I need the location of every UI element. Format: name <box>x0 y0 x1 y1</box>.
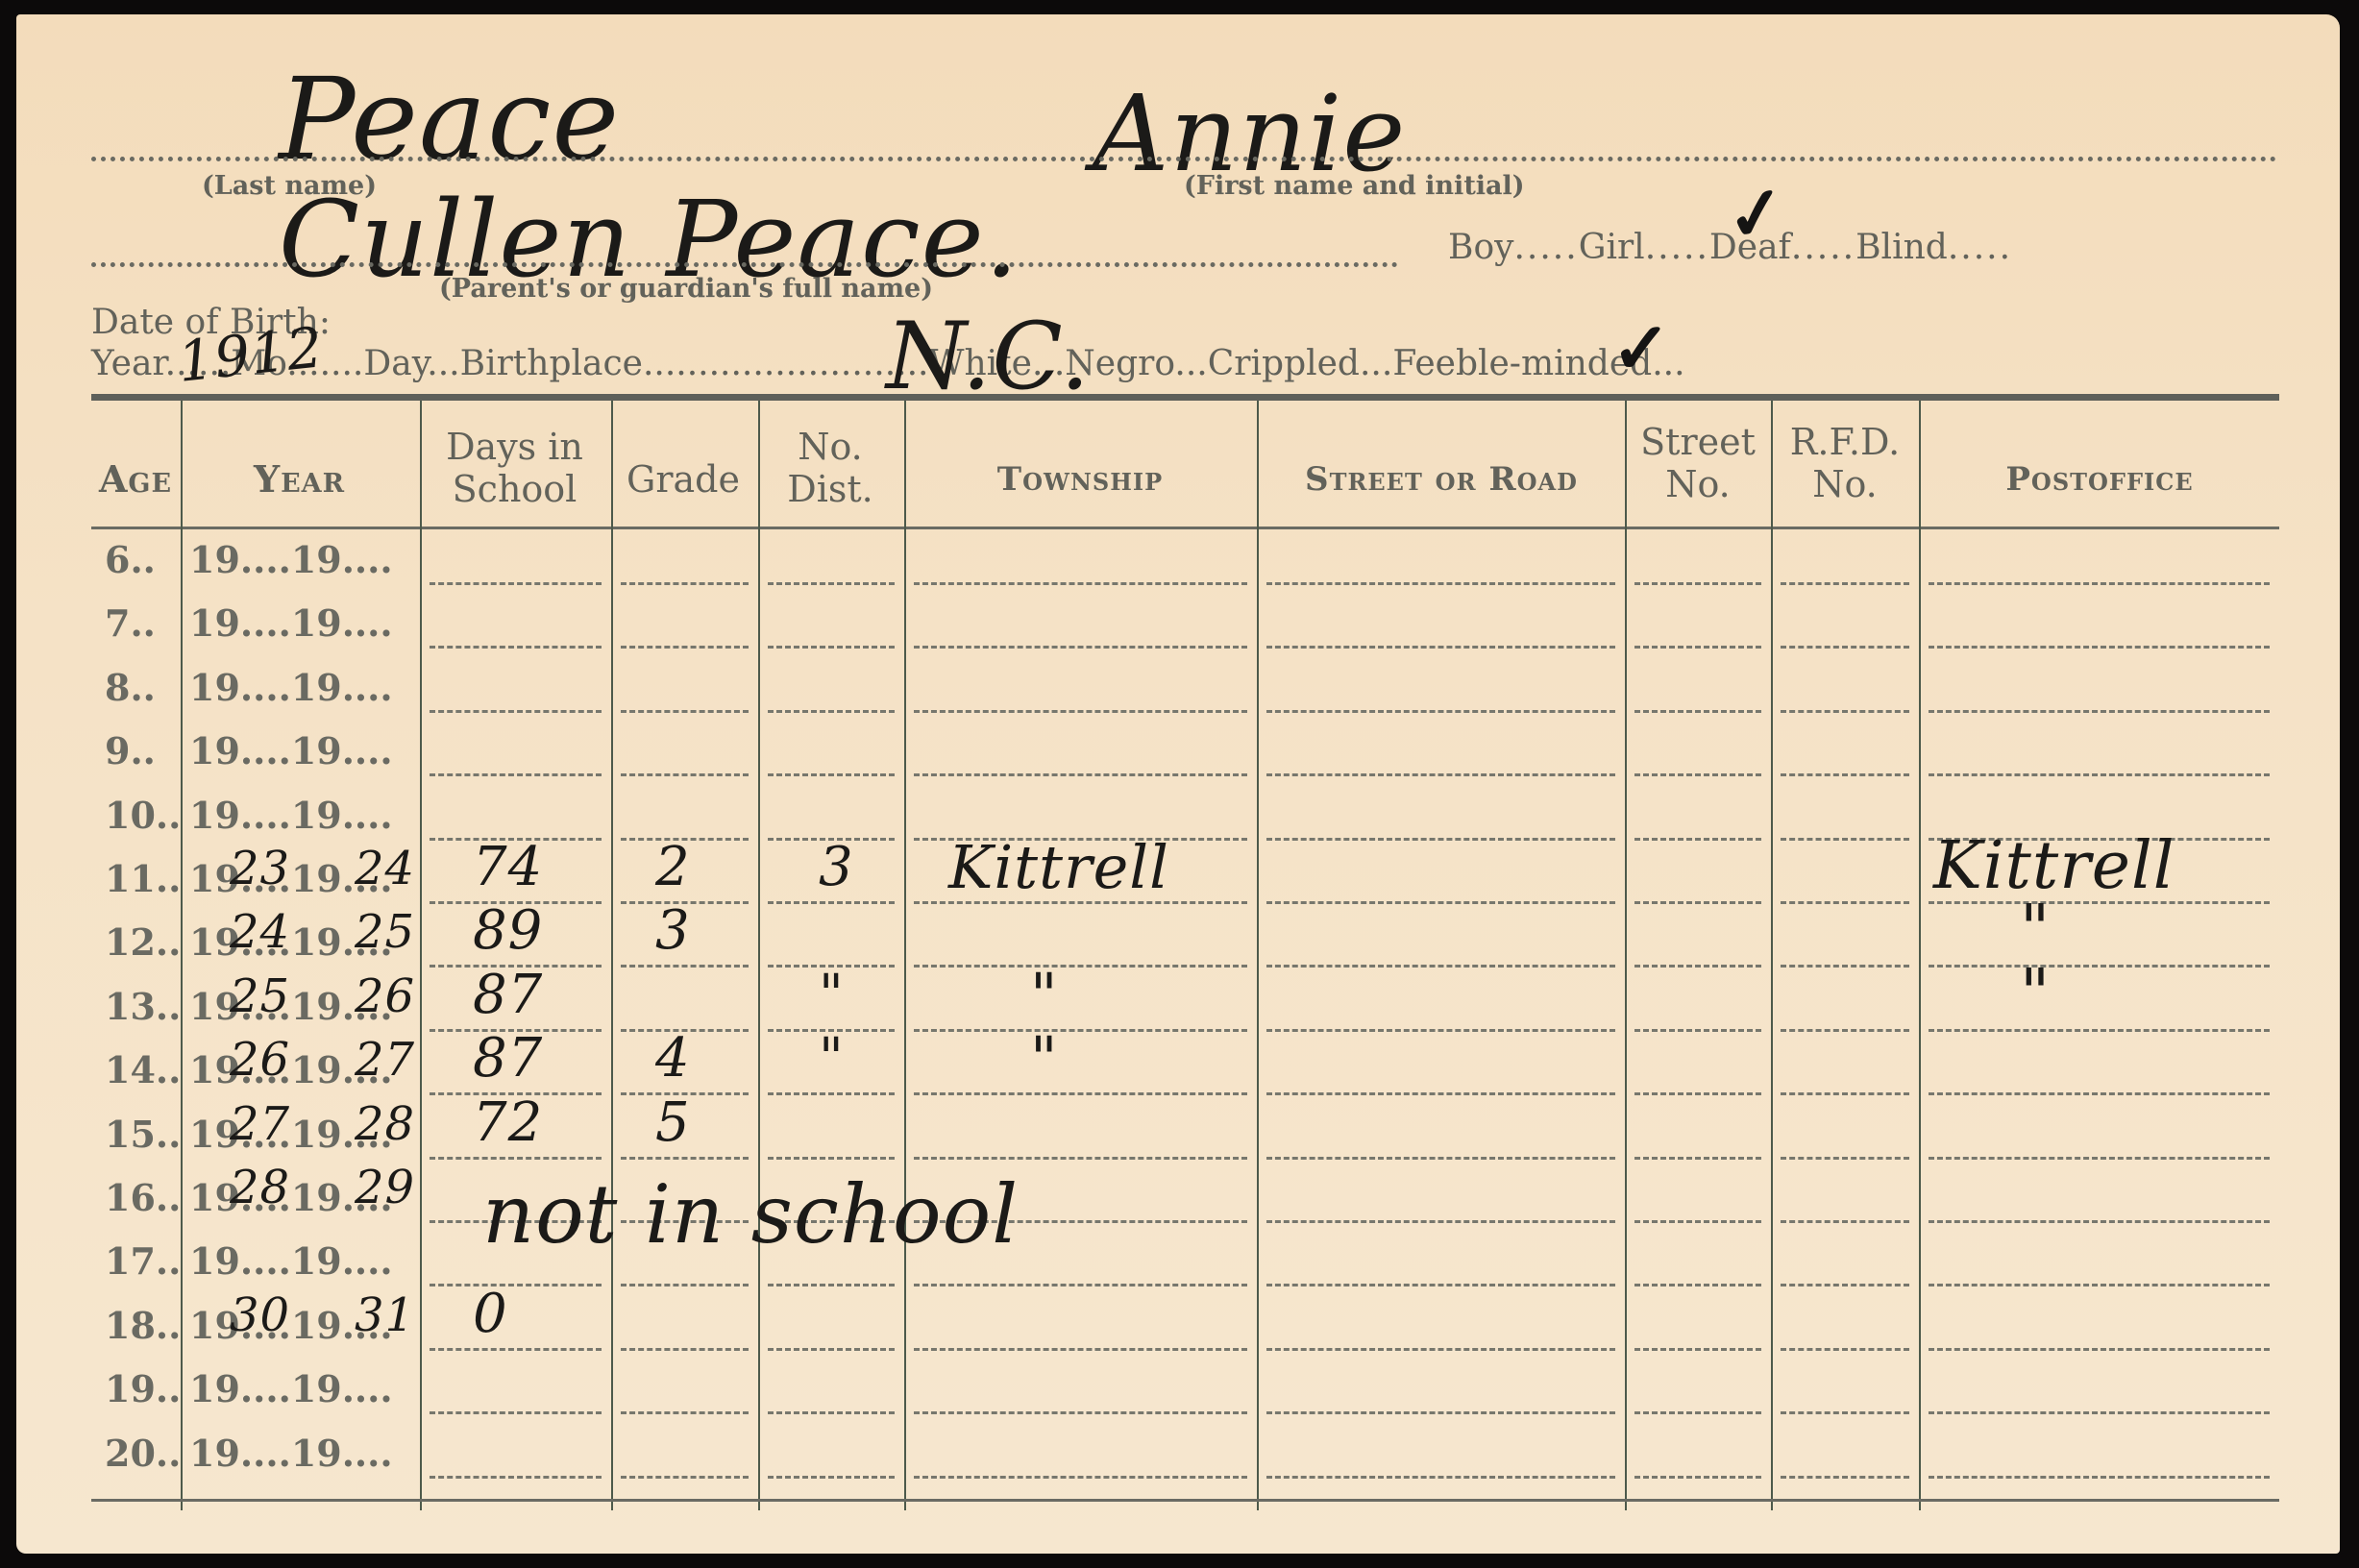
year-end-value: 26 <box>355 969 415 1023</box>
row-line <box>430 582 602 585</box>
row-line <box>768 1348 895 1351</box>
row-line <box>1929 1092 2270 1095</box>
year-cell: 19....19.... <box>189 1239 393 1283</box>
row-line <box>1266 838 1615 841</box>
row-line <box>914 1284 1247 1286</box>
row-line <box>768 901 895 904</box>
header-township: Township <box>904 458 1256 501</box>
row-line <box>430 710 602 713</box>
row-line <box>1634 1284 1761 1286</box>
row-line <box>621 646 749 649</box>
row-line <box>914 1157 1247 1160</box>
row-line <box>1634 1411 1761 1414</box>
row-line <box>768 1284 895 1286</box>
year-cell: 19....19.... <box>189 794 393 837</box>
grade-value: 3 <box>655 899 691 962</box>
header-street-no: StreetNo. <box>1626 421 1770 505</box>
district-value: " <box>819 964 845 1026</box>
row-line <box>1929 1157 2270 1160</box>
row-line <box>1781 1092 1909 1095</box>
row-line <box>1266 1284 1615 1286</box>
row-line <box>1781 1029 1909 1032</box>
row-line <box>1634 773 1761 776</box>
row-line <box>1266 1476 1615 1479</box>
header-grade: Grade <box>611 458 755 501</box>
row-line <box>768 710 895 713</box>
row-line <box>768 773 895 776</box>
row-line <box>768 582 895 585</box>
row-line <box>621 1411 749 1414</box>
birthplace-label: Birthplace <box>460 344 643 383</box>
age-cell: 19.. <box>105 1367 181 1410</box>
grade-value: 5 <box>655 1091 691 1154</box>
row-line <box>1781 838 1909 841</box>
year-start-value: 26 <box>230 1033 290 1087</box>
postoffice-value: Kittrell <box>1933 828 2175 904</box>
row-line <box>1929 1029 2270 1032</box>
row-line <box>1634 901 1761 904</box>
year-start-value: 30 <box>230 1288 290 1342</box>
row-line <box>1634 838 1761 841</box>
row-line <box>621 965 749 968</box>
row-line <box>1929 1348 2270 1351</box>
row-line <box>1781 773 1909 776</box>
header-year: Year <box>181 458 418 501</box>
row-line <box>1266 901 1615 904</box>
year-cell: 19....19.... <box>189 729 393 772</box>
guardian-line <box>91 262 1398 267</box>
col-rule <box>1625 401 1627 1510</box>
age-cell: 15.. <box>105 1113 181 1156</box>
age-cell: 13.. <box>105 985 181 1028</box>
row-line <box>1266 773 1615 776</box>
row-line <box>621 1284 749 1286</box>
row-line <box>430 1348 602 1351</box>
school-census-card: Peace Annie (Last name) (First name and … <box>16 14 2340 1554</box>
row-line <box>1781 582 1909 585</box>
row-line <box>621 1348 749 1351</box>
row-line <box>1781 646 1909 649</box>
row-line <box>1634 710 1761 713</box>
row-line <box>914 1092 1247 1095</box>
township-value: Kittrell <box>948 832 1169 902</box>
row-line <box>768 646 895 649</box>
year-start-value: 23 <box>230 842 290 895</box>
row-line <box>1634 1092 1761 1095</box>
days-in-school-value: 89 <box>473 899 543 962</box>
row-line <box>768 1157 895 1160</box>
days-in-school-value: 0 <box>473 1283 508 1345</box>
row-line <box>1781 1157 1909 1160</box>
row-line <box>1266 1029 1615 1032</box>
row-line <box>1929 1411 2270 1414</box>
age-cell: 17.. <box>105 1239 181 1283</box>
row-line <box>1929 1220 2270 1223</box>
row-line <box>1781 710 1909 713</box>
row-line <box>1266 1411 1615 1414</box>
header-days-in-school: Days inSchool <box>420 426 609 510</box>
row-line <box>1929 582 2270 585</box>
row-line <box>621 710 749 713</box>
year-cell: 19....19.... <box>189 601 393 645</box>
days-in-school-value: 87 <box>473 1027 543 1090</box>
row-line <box>430 1157 602 1160</box>
row-line <box>1634 1348 1761 1351</box>
year-end-value: 29 <box>355 1161 415 1214</box>
col-rule <box>758 401 760 1510</box>
days-in-school-value: 74 <box>473 836 543 898</box>
row-line <box>1929 773 2270 776</box>
age-cell: 6.. <box>105 538 156 581</box>
row-line <box>914 773 1247 776</box>
row-line <box>1266 1220 1615 1223</box>
row-line <box>1266 710 1615 713</box>
row-line <box>621 582 749 585</box>
col-rule <box>1919 401 1921 1510</box>
district-value: " <box>819 1027 845 1090</box>
row-line <box>1929 965 2270 968</box>
last-name-value: Peace <box>279 53 620 185</box>
row-line <box>621 1476 749 1479</box>
age-cell: 9.. <box>105 729 156 772</box>
row-line <box>914 965 1247 968</box>
year-cell: 19....19.... <box>189 538 393 581</box>
name-line <box>91 157 2277 161</box>
age-cell: 11.. <box>105 857 181 900</box>
age-cell: 14.. <box>105 1048 181 1091</box>
row-line <box>914 1476 1247 1479</box>
header-street-or-road: Street or Road <box>1258 458 1625 501</box>
row-line <box>768 1411 895 1414</box>
row-line <box>914 646 1247 649</box>
guardian-label: (Parent's or guardian's full name) <box>439 274 933 304</box>
age-cell: 8.. <box>105 666 156 709</box>
row-line <box>621 773 749 776</box>
township-value: " <box>1030 960 1059 1030</box>
col-rule <box>1771 401 1773 1510</box>
row-line <box>1634 1476 1761 1479</box>
row-line <box>914 1348 1247 1351</box>
header-rfd-no: R.F.D.No. <box>1772 421 1918 505</box>
age-cell: 16.. <box>105 1176 181 1219</box>
row-line <box>1929 710 2270 713</box>
year-end-value: 28 <box>355 1097 415 1151</box>
crippled-label[interactable]: Crippled <box>1208 344 1360 383</box>
grade-value: 2 <box>655 836 691 898</box>
row-line <box>1266 1157 1615 1160</box>
age-cell: 10.. <box>105 794 181 837</box>
row-line <box>1781 1411 1909 1414</box>
year-cell: 19....19.... <box>189 666 393 709</box>
row-line <box>430 773 602 776</box>
year-label: Year <box>91 344 165 383</box>
col-rule <box>1257 401 1259 1510</box>
row-line <box>1929 1284 2270 1286</box>
col-rule <box>420 401 422 1510</box>
row-line <box>1781 965 1909 968</box>
age-cell: 12.. <box>105 920 181 964</box>
year-start-value: 24 <box>230 905 290 959</box>
year-end-value: 31 <box>355 1288 415 1342</box>
header-postoffice: Postoffice <box>1920 458 2279 501</box>
row-line <box>1781 901 1909 904</box>
district-value: 3 <box>819 836 854 898</box>
row-line <box>430 1284 602 1286</box>
row-line <box>1266 965 1615 968</box>
negro-checkmark-icon: ✓ <box>1611 307 1671 390</box>
row-line <box>1781 1476 1909 1479</box>
row-line <box>1266 582 1615 585</box>
row-line <box>1634 582 1761 585</box>
first-name-label: (First name and initial) <box>1184 171 1525 201</box>
row-line <box>914 1029 1247 1032</box>
row-line <box>430 1411 602 1414</box>
year-start-value: 27 <box>230 1097 290 1151</box>
days-in-school-value: 72 <box>473 1091 543 1154</box>
girl-label[interactable]: Girl <box>1579 228 1645 267</box>
boy-label[interactable]: Boy <box>1448 228 1513 267</box>
row-line <box>914 582 1247 585</box>
blind-label[interactable]: Blind <box>1855 228 1948 267</box>
row-line <box>914 1411 1247 1414</box>
row-line <box>1929 1476 2270 1479</box>
row-line <box>1634 1029 1761 1032</box>
row-line <box>1781 1220 1909 1223</box>
year-end-value: 24 <box>355 842 415 895</box>
day-label: Day <box>363 344 427 383</box>
grade-value: 4 <box>655 1027 691 1090</box>
year-cell: 19....19.... <box>189 1367 393 1410</box>
row-line <box>1266 1092 1615 1095</box>
year-cell: 19....19.... <box>189 1432 393 1475</box>
year-end-value: 27 <box>355 1033 415 1087</box>
row-line <box>1266 1348 1615 1351</box>
age-cell: 18.. <box>105 1304 181 1347</box>
not-in-school-note: not in school <box>482 1167 1019 1262</box>
row-line <box>768 1092 895 1095</box>
row-line <box>914 710 1247 713</box>
row-line <box>1781 1348 1909 1351</box>
age-cell: 20.. <box>105 1432 181 1475</box>
row-line <box>1634 1220 1761 1223</box>
girl-checkmark-icon: ✓ <box>1721 169 1791 259</box>
year-start-value: 28 <box>230 1161 290 1214</box>
age-cell: 7.. <box>105 601 156 645</box>
table-top-rule <box>91 394 2279 401</box>
township-value: " <box>1030 1023 1059 1093</box>
row-line <box>1634 646 1761 649</box>
row-line <box>430 646 602 649</box>
year-end-value: 25 <box>355 905 415 959</box>
row-line <box>1781 1284 1909 1286</box>
row-line <box>1266 646 1615 649</box>
row-line <box>621 1157 749 1160</box>
col-rule <box>904 401 906 1510</box>
days-in-school-value: 87 <box>473 964 543 1026</box>
table-bottom-rule <box>91 1499 2279 1502</box>
row-line <box>1634 965 1761 968</box>
col-rule <box>611 401 613 1510</box>
header-no-dist: No.Dist. <box>758 426 902 510</box>
row-line <box>768 1476 895 1479</box>
postoffice-value: " <box>2020 956 2051 1032</box>
row-line <box>1929 646 2270 649</box>
header-age: Age <box>91 458 180 501</box>
row-line <box>430 1476 602 1479</box>
row-line <box>1634 1157 1761 1160</box>
year-start-value: 25 <box>230 969 290 1023</box>
